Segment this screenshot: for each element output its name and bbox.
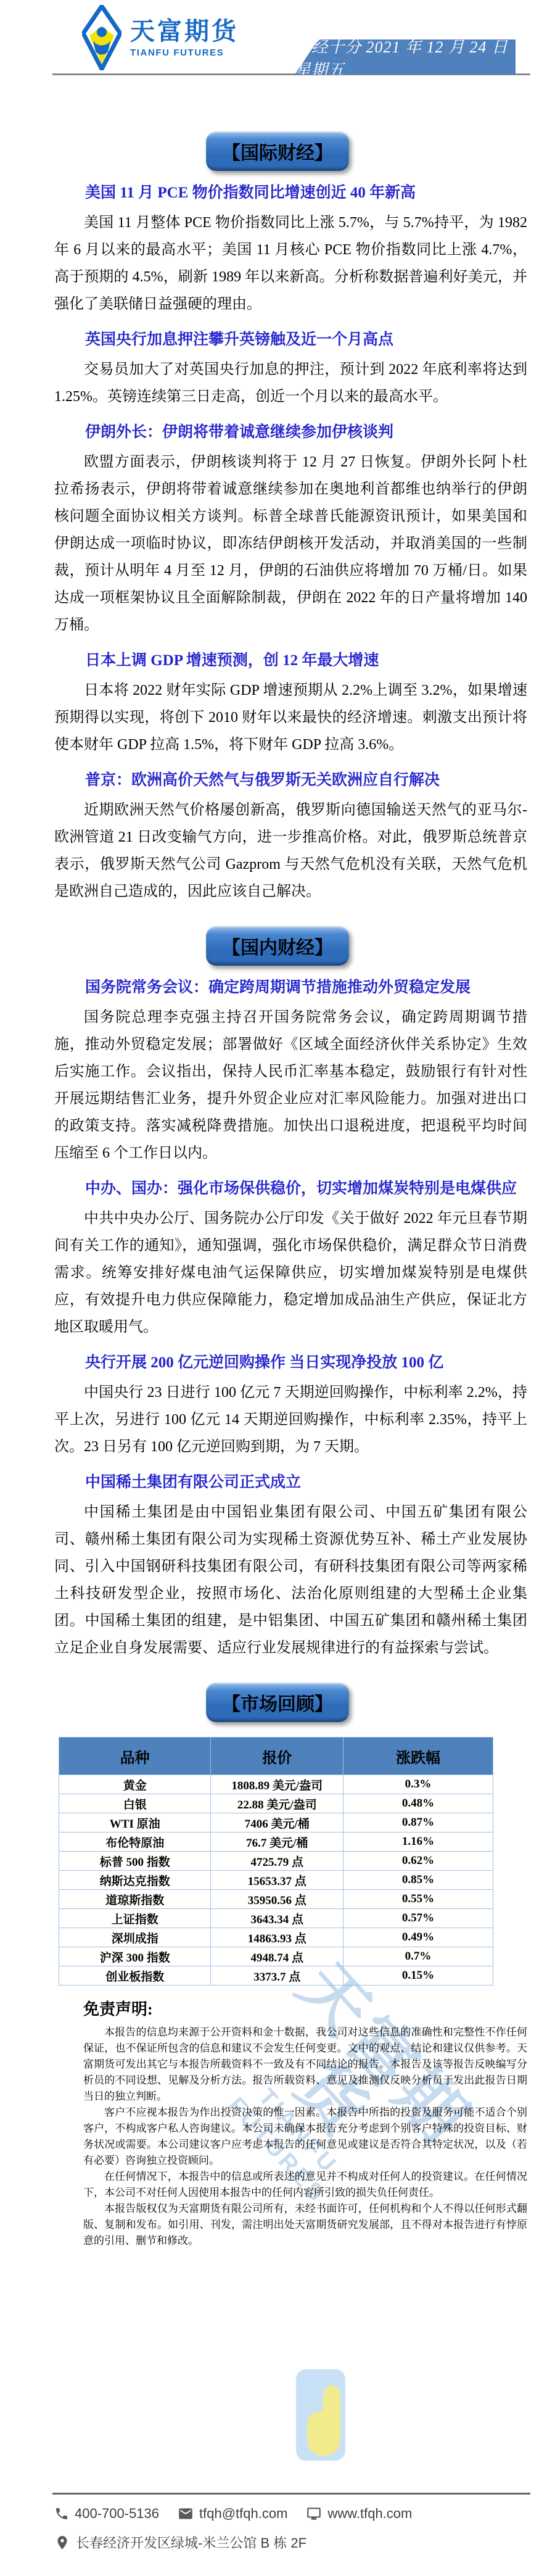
quote-cell: 1808.89 美元/盎司	[211, 1775, 343, 1794]
section-button-international: 【国际财经】	[206, 131, 349, 171]
article-body: 美国 11 月整体 PCE 物价指数同比上涨 5.7%，与 5.7%持平，为 1…	[54, 209, 527, 318]
variety-cell: 纳斯达克指数	[59, 1871, 211, 1890]
market-review-table: 品种 报价 涨跌幅 黄金1808.89 美元/盎司0.3% 白银22.88 美元…	[59, 1737, 493, 1986]
logo-text: 天富期货 TIANFU FUTURES	[130, 18, 239, 58]
footer-address-row: 长春经济开发区绿城-米兰公馆 B 栋 2F	[54, 2533, 555, 2552]
footer-divider	[52, 2493, 530, 2495]
table-row: 布伦特原油76.7 美元/桶1.16%	[59, 1833, 493, 1852]
address-contact: 长春经济开发区绿城-米兰公馆 B 栋 2F	[54, 2533, 306, 2552]
header: 天富期货 TIANFU FUTURES 财经十分 2021 年 12 月 24 …	[0, 0, 555, 77]
change-cell: 0.15%	[343, 1966, 493, 1986]
variety-cell: 深圳成指	[59, 1928, 211, 1947]
variety-cell: 上证指数	[59, 1909, 211, 1928]
table-row: 沪深 300 指数4948.74 点0.7%	[59, 1947, 493, 1966]
phone-icon	[54, 2506, 69, 2521]
envelope-icon	[178, 2506, 194, 2522]
article-body: 国务院总理李克强主持召开国务院常务会议，确定跨周期调节措施，推动外贸稳定发展；部…	[54, 1004, 527, 1167]
article-body: 欧盟方面表示，伊朗核谈判将于 12 月 27 日恢复。伊朗外长阿卜杜拉希扬表示，…	[54, 449, 527, 639]
watermark-logo-icon	[296, 2369, 345, 2461]
article-body: 日本将 2022 财年实际 GDP 增速预期从 2.2%上调至 3.2%，如果增…	[54, 677, 527, 758]
quote-cell: 14863.93 点	[211, 1928, 343, 1947]
article-title: 英国央行加息押注攀升英镑触及近一个月高点	[54, 329, 527, 351]
table-row: 深圳成指14863.93 点0.49%	[59, 1928, 493, 1947]
article-title: 普京：欧洲高价天然气与俄罗斯无关欧洲应自行解决	[54, 769, 527, 792]
company-address: 长春经济开发区绿城-米兰公馆 B 栋 2F	[76, 2533, 306, 2552]
domestic-articles: 国务院常务会议：确定跨周期调节措施推动外贸稳定发展 国务院总理李克强主持召开国务…	[0, 977, 555, 1662]
table-row: WTI 原油7406 美元/桶0.87%	[59, 1813, 493, 1833]
variety-cell: 白银	[59, 1794, 211, 1813]
change-cell: 0.62%	[343, 1852, 493, 1871]
logo-title: 天富期货	[130, 18, 239, 45]
column-header-quote: 报价	[211, 1737, 343, 1775]
quote-cell: 15653.37 点	[211, 1871, 343, 1890]
table-header-row: 品种 报价 涨跌幅	[59, 1737, 493, 1775]
variety-cell: 沪深 300 指数	[59, 1947, 211, 1966]
table-row: 纳斯达克指数15653.37 点0.85%	[59, 1871, 493, 1890]
diamond-logo-icon	[82, 5, 121, 70]
variety-cell: 道琼斯指数	[59, 1890, 211, 1909]
footer-contact-row: 400-700-5136 tfqh@tfqh.com www.tfqh.com	[54, 2506, 555, 2522]
international-articles: 美国 11 月 PCE 物价指数同比增速创近 40 年新高 美国 11 月整体 …	[0, 182, 555, 905]
article-title: 美国 11 月 PCE 物价指数同比增速创近 40 年新高	[54, 182, 527, 204]
variety-cell: 黄金	[59, 1775, 211, 1794]
phone-contact: 400-700-5136	[54, 2506, 159, 2522]
column-header-variety: 品种	[59, 1737, 211, 1775]
table-row: 标普 500 指数4725.79 点0.62%	[59, 1852, 493, 1871]
disclaimer-paragraph: 在任何情况下，本报告中的信息或所表述的意见并不构成对任何人的投资建议。在任何情况…	[83, 2169, 527, 2201]
article-body: 中国央行 23 日进行 100 亿元 7 天期逆回购操作，中标利率 2.2%，持…	[54, 1379, 527, 1460]
date-banner: 财经十分 2021 年 12 月 24 日星期五	[295, 39, 516, 75]
quote-cell: 3643.34 点	[211, 1909, 343, 1928]
logo-subtitle: TIANFU FUTURES	[130, 48, 239, 58]
table-row: 上证指数3643.34 点0.57%	[59, 1909, 493, 1928]
email-address: tfqh@tfqh.com	[199, 2506, 287, 2522]
article-body: 中共中央办公厅、国务院办公厅印发《关于做好 2022 年元旦春节期间有关工作的通…	[54, 1205, 527, 1341]
table-row: 创业板指数3373.7 点0.15%	[59, 1966, 493, 1986]
quote-cell: 22.88 美元/盎司	[211, 1794, 343, 1813]
table-row: 白银22.88 美元/盎司0.48%	[59, 1794, 493, 1813]
footer: 400-700-5136 tfqh@tfqh.com www.tfqh.com	[0, 2493, 555, 2552]
article-title: 中办、国办：强化市场保供稳价，切实增加煤炭特别是电煤供应	[54, 1178, 527, 1200]
change-cell: 0.85%	[343, 1871, 493, 1890]
article-title: 伊朗外长：伊朗将带着诚意继续参加伊核谈判	[54, 421, 527, 444]
variety-cell: WTI 原油	[59, 1813, 211, 1833]
variety-cell: 创业板指数	[59, 1966, 211, 1986]
quote-cell: 7406 美元/桶	[211, 1813, 343, 1833]
section-button-domestic: 【国内财经】	[206, 926, 349, 966]
monitor-icon	[306, 2506, 322, 2522]
change-cell: 0.87%	[343, 1813, 493, 1833]
disclaimer-paragraph: 本报告的信息均来源于公开资料和金十数据，我公司对这些信息的准确性和完整性不作任何…	[83, 2024, 527, 2105]
change-cell: 1.16%	[343, 1833, 493, 1852]
change-cell: 0.7%	[343, 1947, 493, 1966]
article-body: 近期欧洲天然气价格屡创新高，俄罗斯向德国输送天然气的亚马尔-欧洲管道 21 日改…	[54, 797, 527, 905]
disclaimer-title: 免责声明:	[83, 1997, 527, 2019]
variety-cell: 标普 500 指数	[59, 1852, 211, 1871]
quote-cell: 76.7 美元/桶	[211, 1833, 343, 1852]
section-button-market-review: 【市场回顾】	[206, 1683, 349, 1722]
disclaimer: 免责声明: 本报告的信息均来源于公开资料和金十数据，我公司对这些信息的准确性和完…	[83, 1997, 527, 2249]
location-pin-icon	[54, 2535, 70, 2551]
change-cell: 0.57%	[343, 1909, 493, 1928]
column-header-change: 涨跌幅	[343, 1737, 493, 1775]
email-contact: tfqh@tfqh.com	[178, 2506, 287, 2522]
table-row: 道琼斯指数35950.56 点0.55%	[59, 1890, 493, 1909]
change-cell: 0.49%	[343, 1928, 493, 1947]
disclaimer-paragraph: 客户不应视本报告为作出投资决策的惟一因素。本报告中所指的投资及服务可能不适合个别…	[83, 2105, 527, 2169]
article-body: 交易员加大了对英国央行加息的押注，预计到 2022 年底利率将达到 1.25%。…	[54, 356, 527, 410]
article-title: 日本上调 GDP 增速预测，创 12 年最大增速	[54, 650, 527, 672]
website-contact: www.tfqh.com	[306, 2506, 412, 2522]
newsletter-page: 天富期货 TIANFU FUTURES 财经十分 2021 年 12 月 24 …	[0, 0, 555, 2576]
article-title: 中国稀土集团有限公司正式成立	[54, 1472, 527, 1494]
article-title: 国务院常务会议：确定跨周期调节措施推动外贸稳定发展	[54, 977, 527, 999]
article-body: 中国稀土集团是由中国铝业集团有限公司、中国五矿集团有限公司、赣州稀土集团有限公司…	[54, 1499, 527, 1662]
variety-cell: 布伦特原油	[59, 1833, 211, 1852]
disclaimer-paragraph: 本报告版权仅为天富期货有限公司所有，未经书面许可，任何机构和个人不得以任何形式翻…	[83, 2201, 527, 2249]
website-url: www.tfqh.com	[327, 2506, 412, 2522]
quote-cell: 3373.7 点	[211, 1966, 343, 1986]
quote-cell: 4948.74 点	[211, 1947, 343, 1966]
quote-cell: 4725.79 点	[211, 1852, 343, 1871]
quote-cell: 35950.56 点	[211, 1890, 343, 1909]
company-logo: 天富期货 TIANFU FUTURES	[82, 5, 239, 70]
phone-number: 400-700-5136	[75, 2506, 159, 2522]
change-cell: 0.55%	[343, 1890, 493, 1909]
change-cell: 0.48%	[343, 1794, 493, 1813]
change-cell: 0.3%	[343, 1775, 493, 1794]
article-title: 央行开展 200 亿元逆回购操作 当日实现净投放 100 亿	[54, 1352, 527, 1374]
date-banner-text: 财经十分 2021 年 12 月 24 日星期五	[295, 35, 516, 80]
table-row: 黄金1808.89 美元/盎司0.3%	[59, 1775, 493, 1794]
